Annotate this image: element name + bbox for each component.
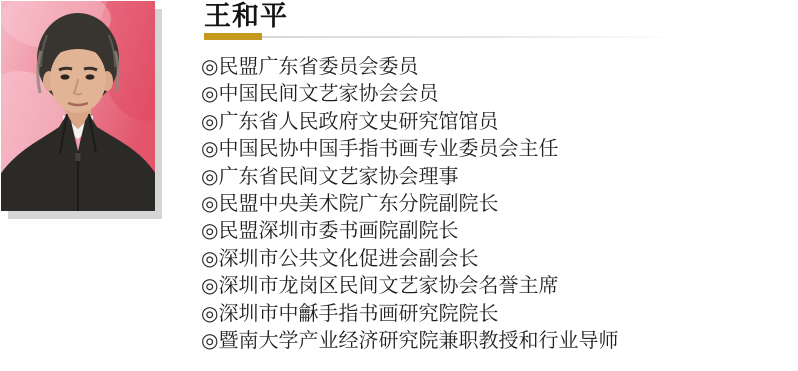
credential-text: 民盟中央美术院广东分院副院长: [218, 191, 498, 215]
credential-text: 民盟广东省委员会委员: [218, 54, 418, 78]
credential-item: ◎暨南大学产业经济研究院兼职教授和行业导师: [201, 327, 618, 354]
credential-item: ◎广东省民间文艺家协会理事: [201, 163, 618, 190]
person-name: 王和平: [204, 1, 288, 33]
credential-text: 深圳市公共文化促进会副会长: [218, 246, 478, 270]
credentials-list: ◎民盟广东省委员会委员 ◎中国民间文艺家协会会员 ◎广东省人民政府文史研究馆馆员…: [201, 53, 618, 354]
credential-item: ◎民盟广东省委员会委员: [201, 53, 618, 80]
divider-line: [262, 36, 682, 38]
portrait-illustration: [1, 1, 155, 211]
credential-text: 深圳市中龢手指书画研究院院长: [218, 301, 498, 325]
credential-text: 深圳市龙岗区民间文艺家协会名誉主席: [218, 273, 558, 297]
bullseye-bullet-icon: ◎: [201, 301, 218, 325]
bullseye-bullet-icon: ◎: [201, 218, 218, 242]
credential-text: 广东省民间文艺家协会理事: [218, 164, 458, 188]
credential-text: 广东省人民政府文史研究馆馆员: [218, 109, 498, 133]
credential-item: ◎中国民间文艺家协会会员: [201, 80, 618, 107]
bullseye-bullet-icon: ◎: [201, 191, 218, 215]
credential-item: ◎广东省人民政府文史研究馆馆员: [201, 108, 618, 135]
profile-card: 王和平 ◎民盟广东省委员会委员 ◎中国民间文艺家协会会员 ◎广东省人民政府文史研…: [0, 0, 798, 371]
bullseye-bullet-icon: ◎: [201, 273, 218, 297]
portrait-photo: [1, 1, 155, 211]
bullseye-bullet-icon: ◎: [201, 164, 218, 188]
bullseye-bullet-icon: ◎: [201, 136, 218, 160]
credential-item: ◎深圳市公共文化促进会副会长: [201, 245, 618, 272]
credential-item: ◎民盟中央美术院广东分院副院长: [201, 190, 618, 217]
credential-text: 中国民协中国手指书画专业委员会主任: [218, 136, 558, 160]
credential-item: ◎中国民协中国手指书画专业委员会主任: [201, 135, 618, 162]
bullseye-bullet-icon: ◎: [201, 328, 218, 352]
credential-text: 暨南大学产业经济研究院兼职教授和行业导师: [218, 328, 618, 352]
credential-text: 民盟深圳市委书画院副院长: [218, 218, 458, 242]
bullseye-bullet-icon: ◎: [201, 81, 218, 105]
bullseye-bullet-icon: ◎: [201, 109, 218, 133]
accent-bar: [204, 33, 262, 40]
bullseye-bullet-icon: ◎: [201, 54, 218, 78]
credential-item: ◎深圳市龙岗区民间文艺家协会名誉主席: [201, 272, 618, 299]
credential-item: ◎民盟深圳市委书画院副院长: [201, 217, 618, 244]
credential-item: ◎深圳市中龢手指书画研究院院长: [201, 300, 618, 327]
credential-text: 中国民间文艺家协会会员: [218, 81, 438, 105]
bullseye-bullet-icon: ◎: [201, 246, 218, 270]
